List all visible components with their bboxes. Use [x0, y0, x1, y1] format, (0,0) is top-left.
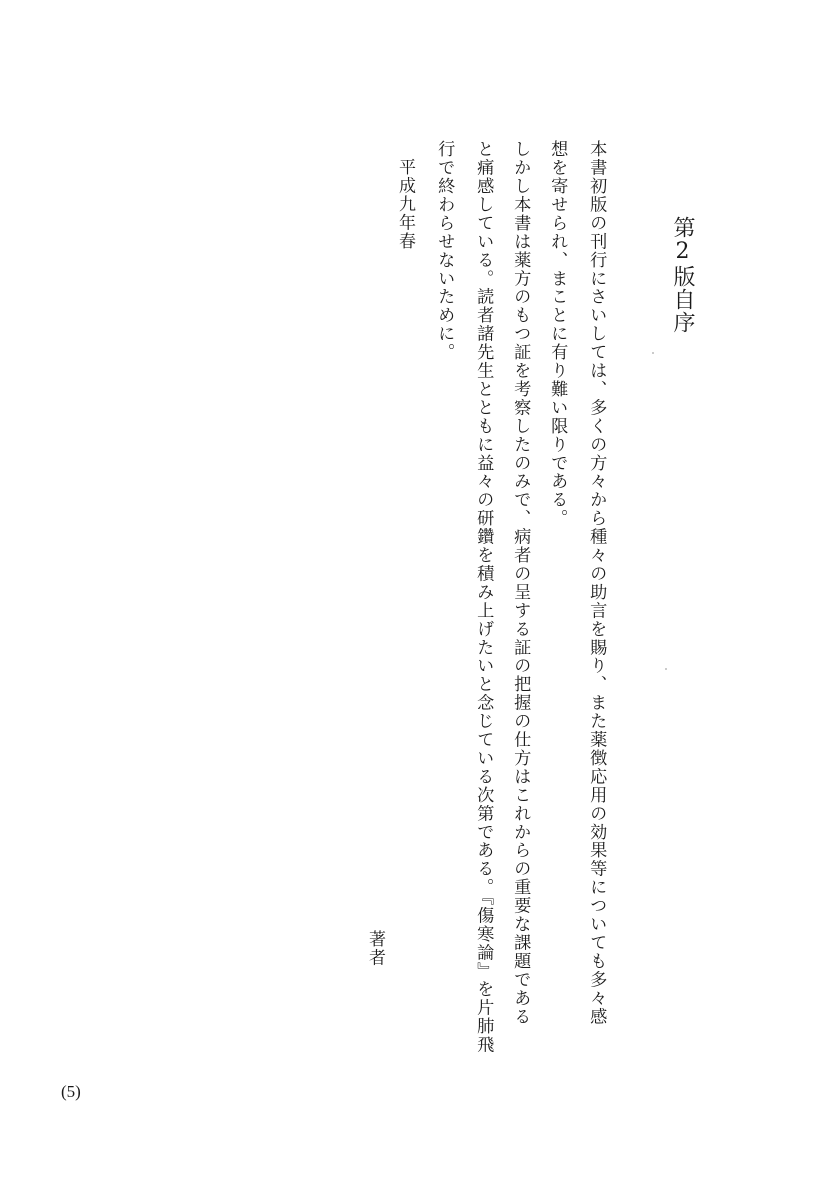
author-signature: 著者 — [366, 930, 383, 967]
page-title: 第2版自序 — [671, 216, 693, 334]
body-line-4: と痛感している。読者諸先生とともに益々の研鑽を積み上げたいと念じている次第である… — [474, 140, 491, 1054]
body-line-5: 行で終わらせないために。 — [435, 140, 452, 361]
body-line-2: 想を寄せられ、まことに有り難い限りである。 — [548, 140, 565, 527]
scan-speck — [665, 668, 667, 670]
body-line-1: 本書初版の刊行にさいしては、多くの方々から種々の助言を賜り、また薬徴応用の効果等… — [587, 140, 604, 1026]
body-line-3: しかし本書は薬方のもつ証を考察したのみで、病者の呈する証の把握の仕方はこれからの… — [511, 140, 528, 1026]
page-number: (5) — [61, 1082, 81, 1102]
date-line: 平成九年春 — [396, 158, 413, 251]
scan-speck — [652, 352, 654, 354]
